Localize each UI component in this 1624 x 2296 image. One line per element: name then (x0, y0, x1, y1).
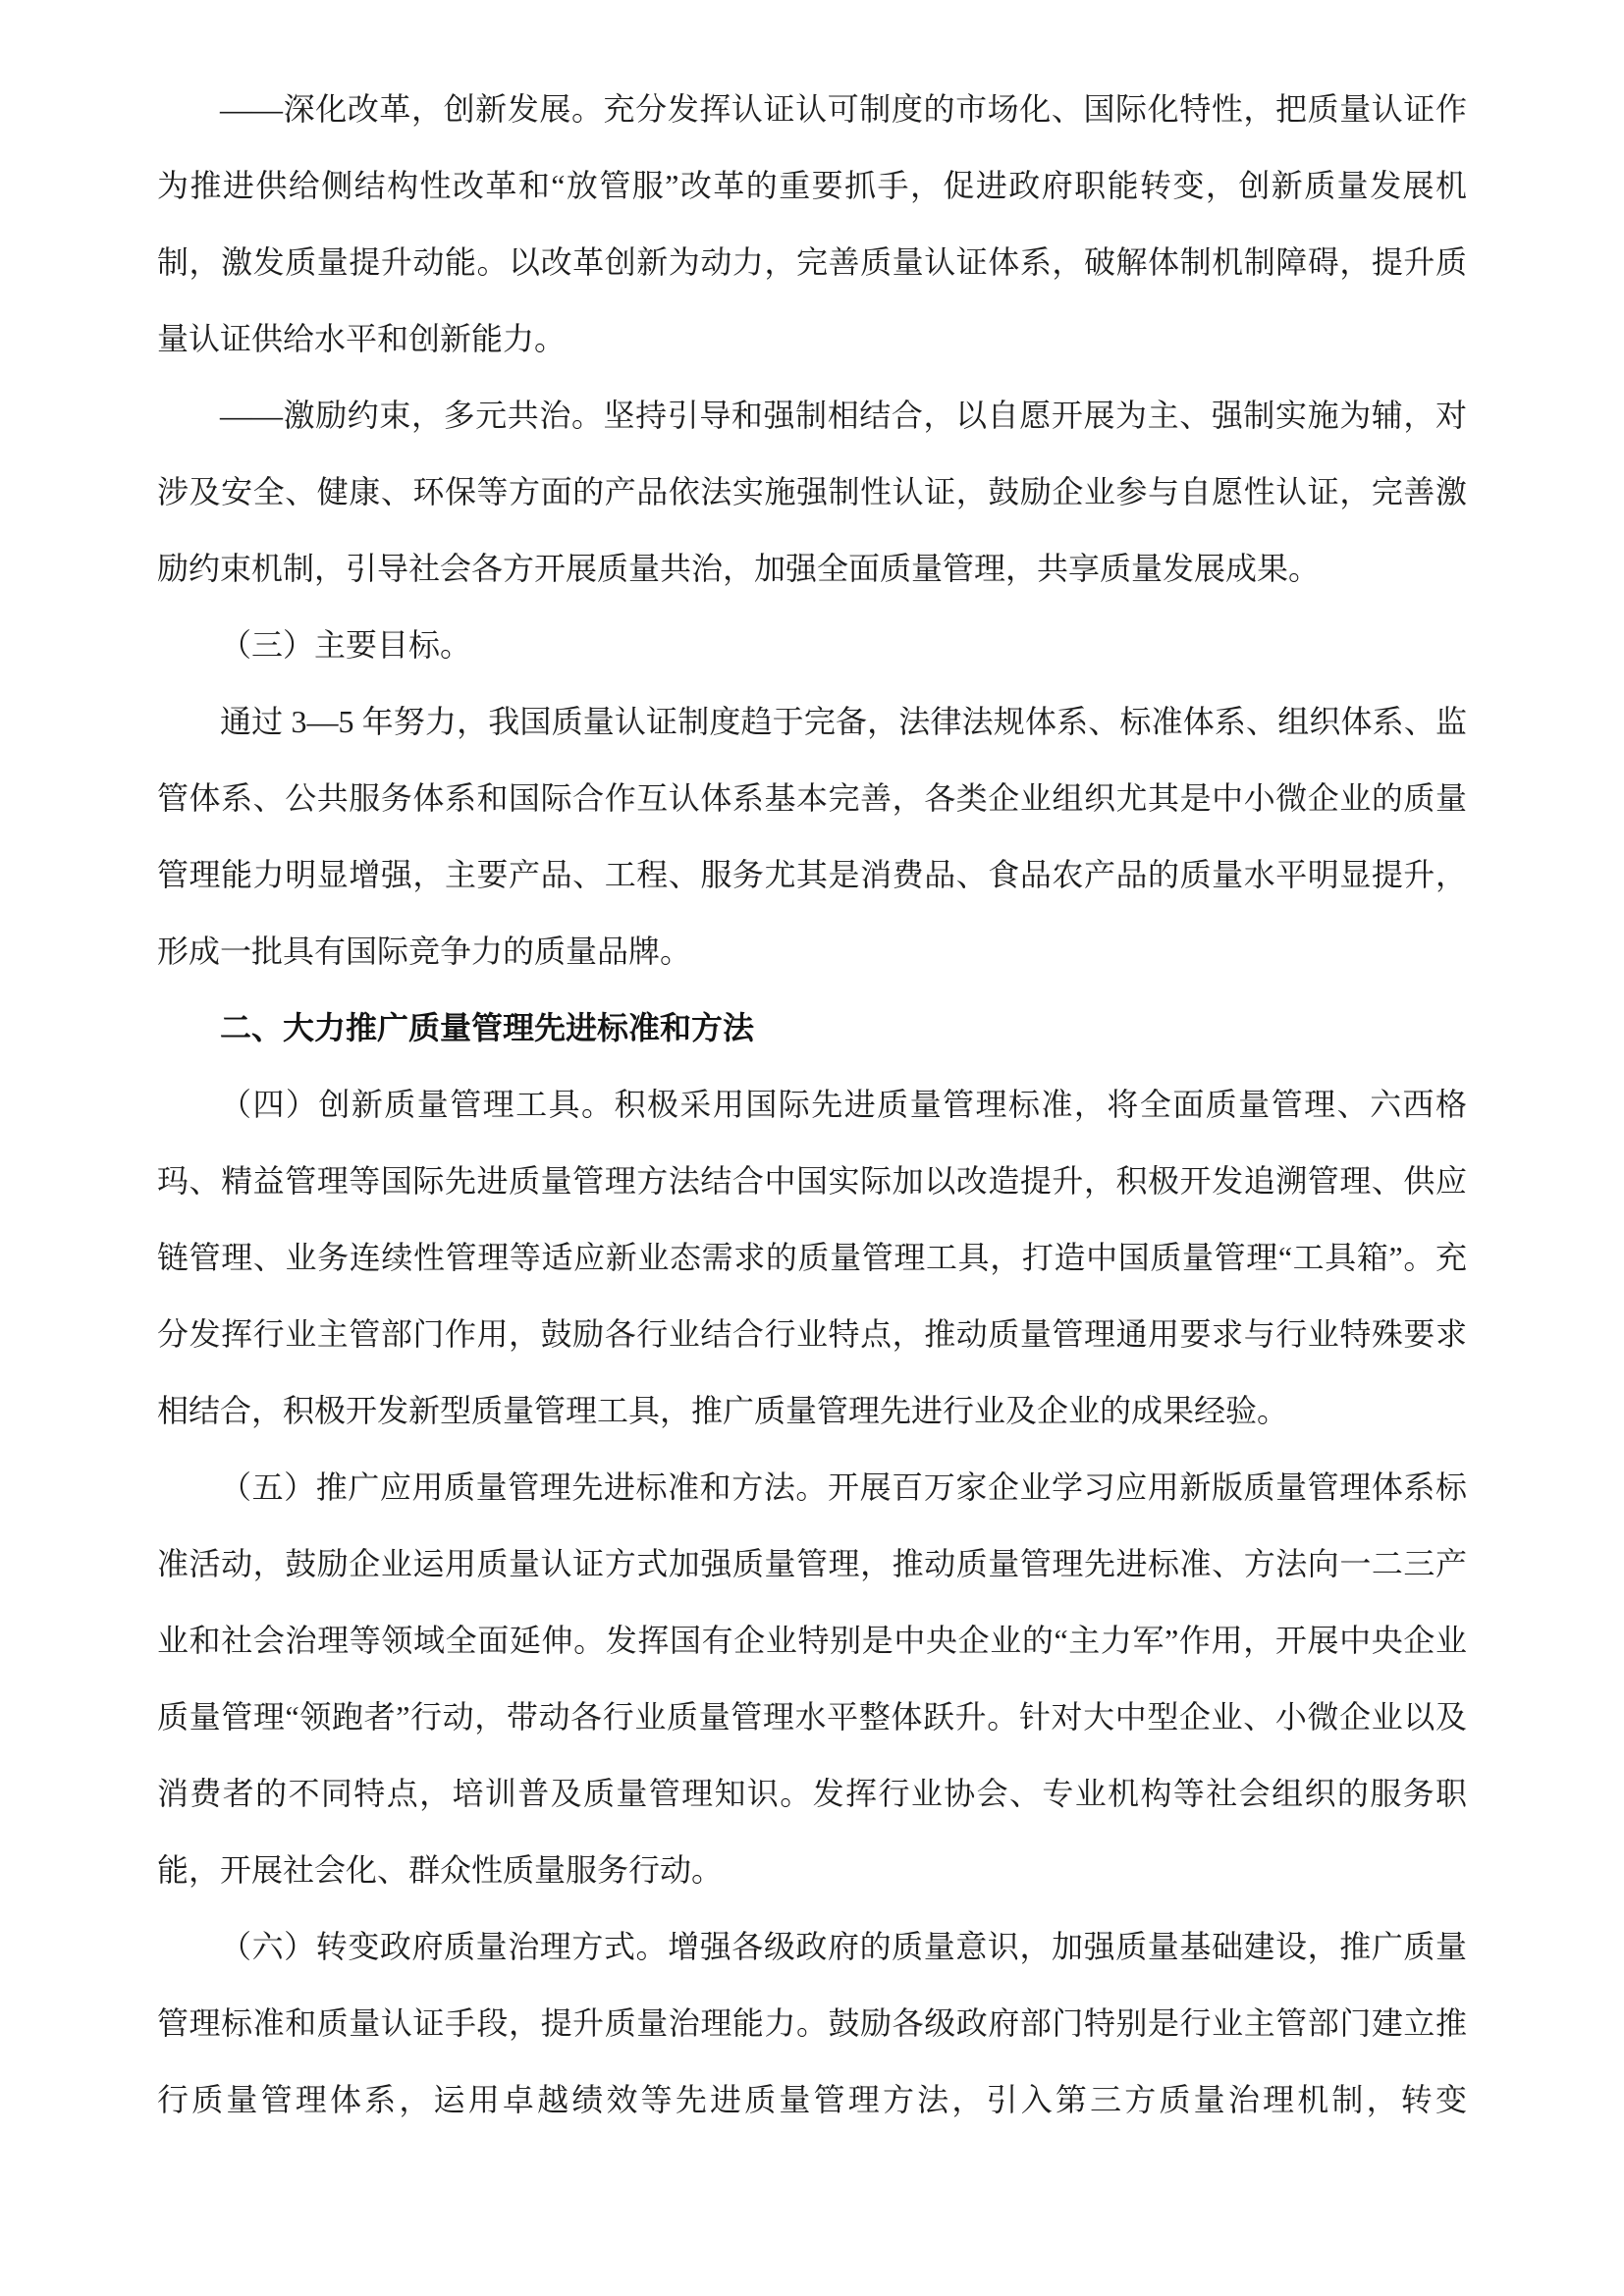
document-page: ——深化改革，创新发展。充分发挥认证认可制度的市场化、国际化特性，把质量认证作为… (0, 0, 1624, 2296)
paragraph-promote-standards: （五）推广应用质量管理先进标准和方法。开展百万家企业学习应用新版质量管理体系标准… (157, 1449, 1467, 1908)
paragraph-lead: ——深化改革，创新发展。 (220, 91, 604, 127)
paragraph-text: 通过 3—5 年努力，我国质量认证制度趋于完备，法律法规体系、标准体系、组织体系… (157, 704, 1467, 969)
paragraph-lead: （四）创新质量管理工具。 (220, 1087, 615, 1122)
paragraph-main-goals-body: 通过 3—5 年努力，我国质量认证制度趋于完备，法律法规体系、标准体系、组织体系… (157, 683, 1467, 989)
paragraph-deepen-reform: ——深化改革，创新发展。充分发挥认证认可制度的市场化、国际化特性，把质量认证作为… (157, 71, 1467, 377)
section-heading-2: 二、大力推广质量管理先进标准和方法 (157, 989, 1467, 1066)
paragraph-innovate-tools: （四）创新质量管理工具。积极采用国际先进质量管理标准，将全面质量管理、六西格玛、… (157, 1066, 1467, 1449)
paragraph-main-goals-title: （三）主要目标。 (157, 607, 1467, 683)
paragraph-text: 积极采用国际先进质量管理标准，将全面质量管理、六西格玛、精益管理等国际先进质量管… (157, 1087, 1467, 1428)
paragraph-lead: （五）推广应用质量管理先进标准和方法。 (220, 1469, 828, 1505)
paragraph-lead: （六）转变政府质量治理方式。 (220, 1929, 668, 1964)
paragraph-government-governance: （六）转变政府质量治理方式。增强各级政府的质量意识，加强质量基础建设，推广质量管… (157, 1908, 1467, 2138)
paragraph-text: 开展百万家企业学习应用新版质量管理体系标准活动，鼓励企业运用质量认证方式加强质量… (157, 1469, 1467, 1888)
paragraph-lead: （三）主要目标。 (220, 627, 471, 663)
paragraph-incentive-constraint: ——激励约束，多元共治。坚持引导和强制相结合，以自愿开展为主、强制实施为辅，对涉… (157, 377, 1467, 607)
paragraph-lead: ——激励约束，多元共治。 (220, 398, 604, 433)
paragraph-text: 充分发挥认证认可制度的市场化、国际化特性，把质量认证作为推进供给侧结构性改革和“… (157, 91, 1467, 356)
